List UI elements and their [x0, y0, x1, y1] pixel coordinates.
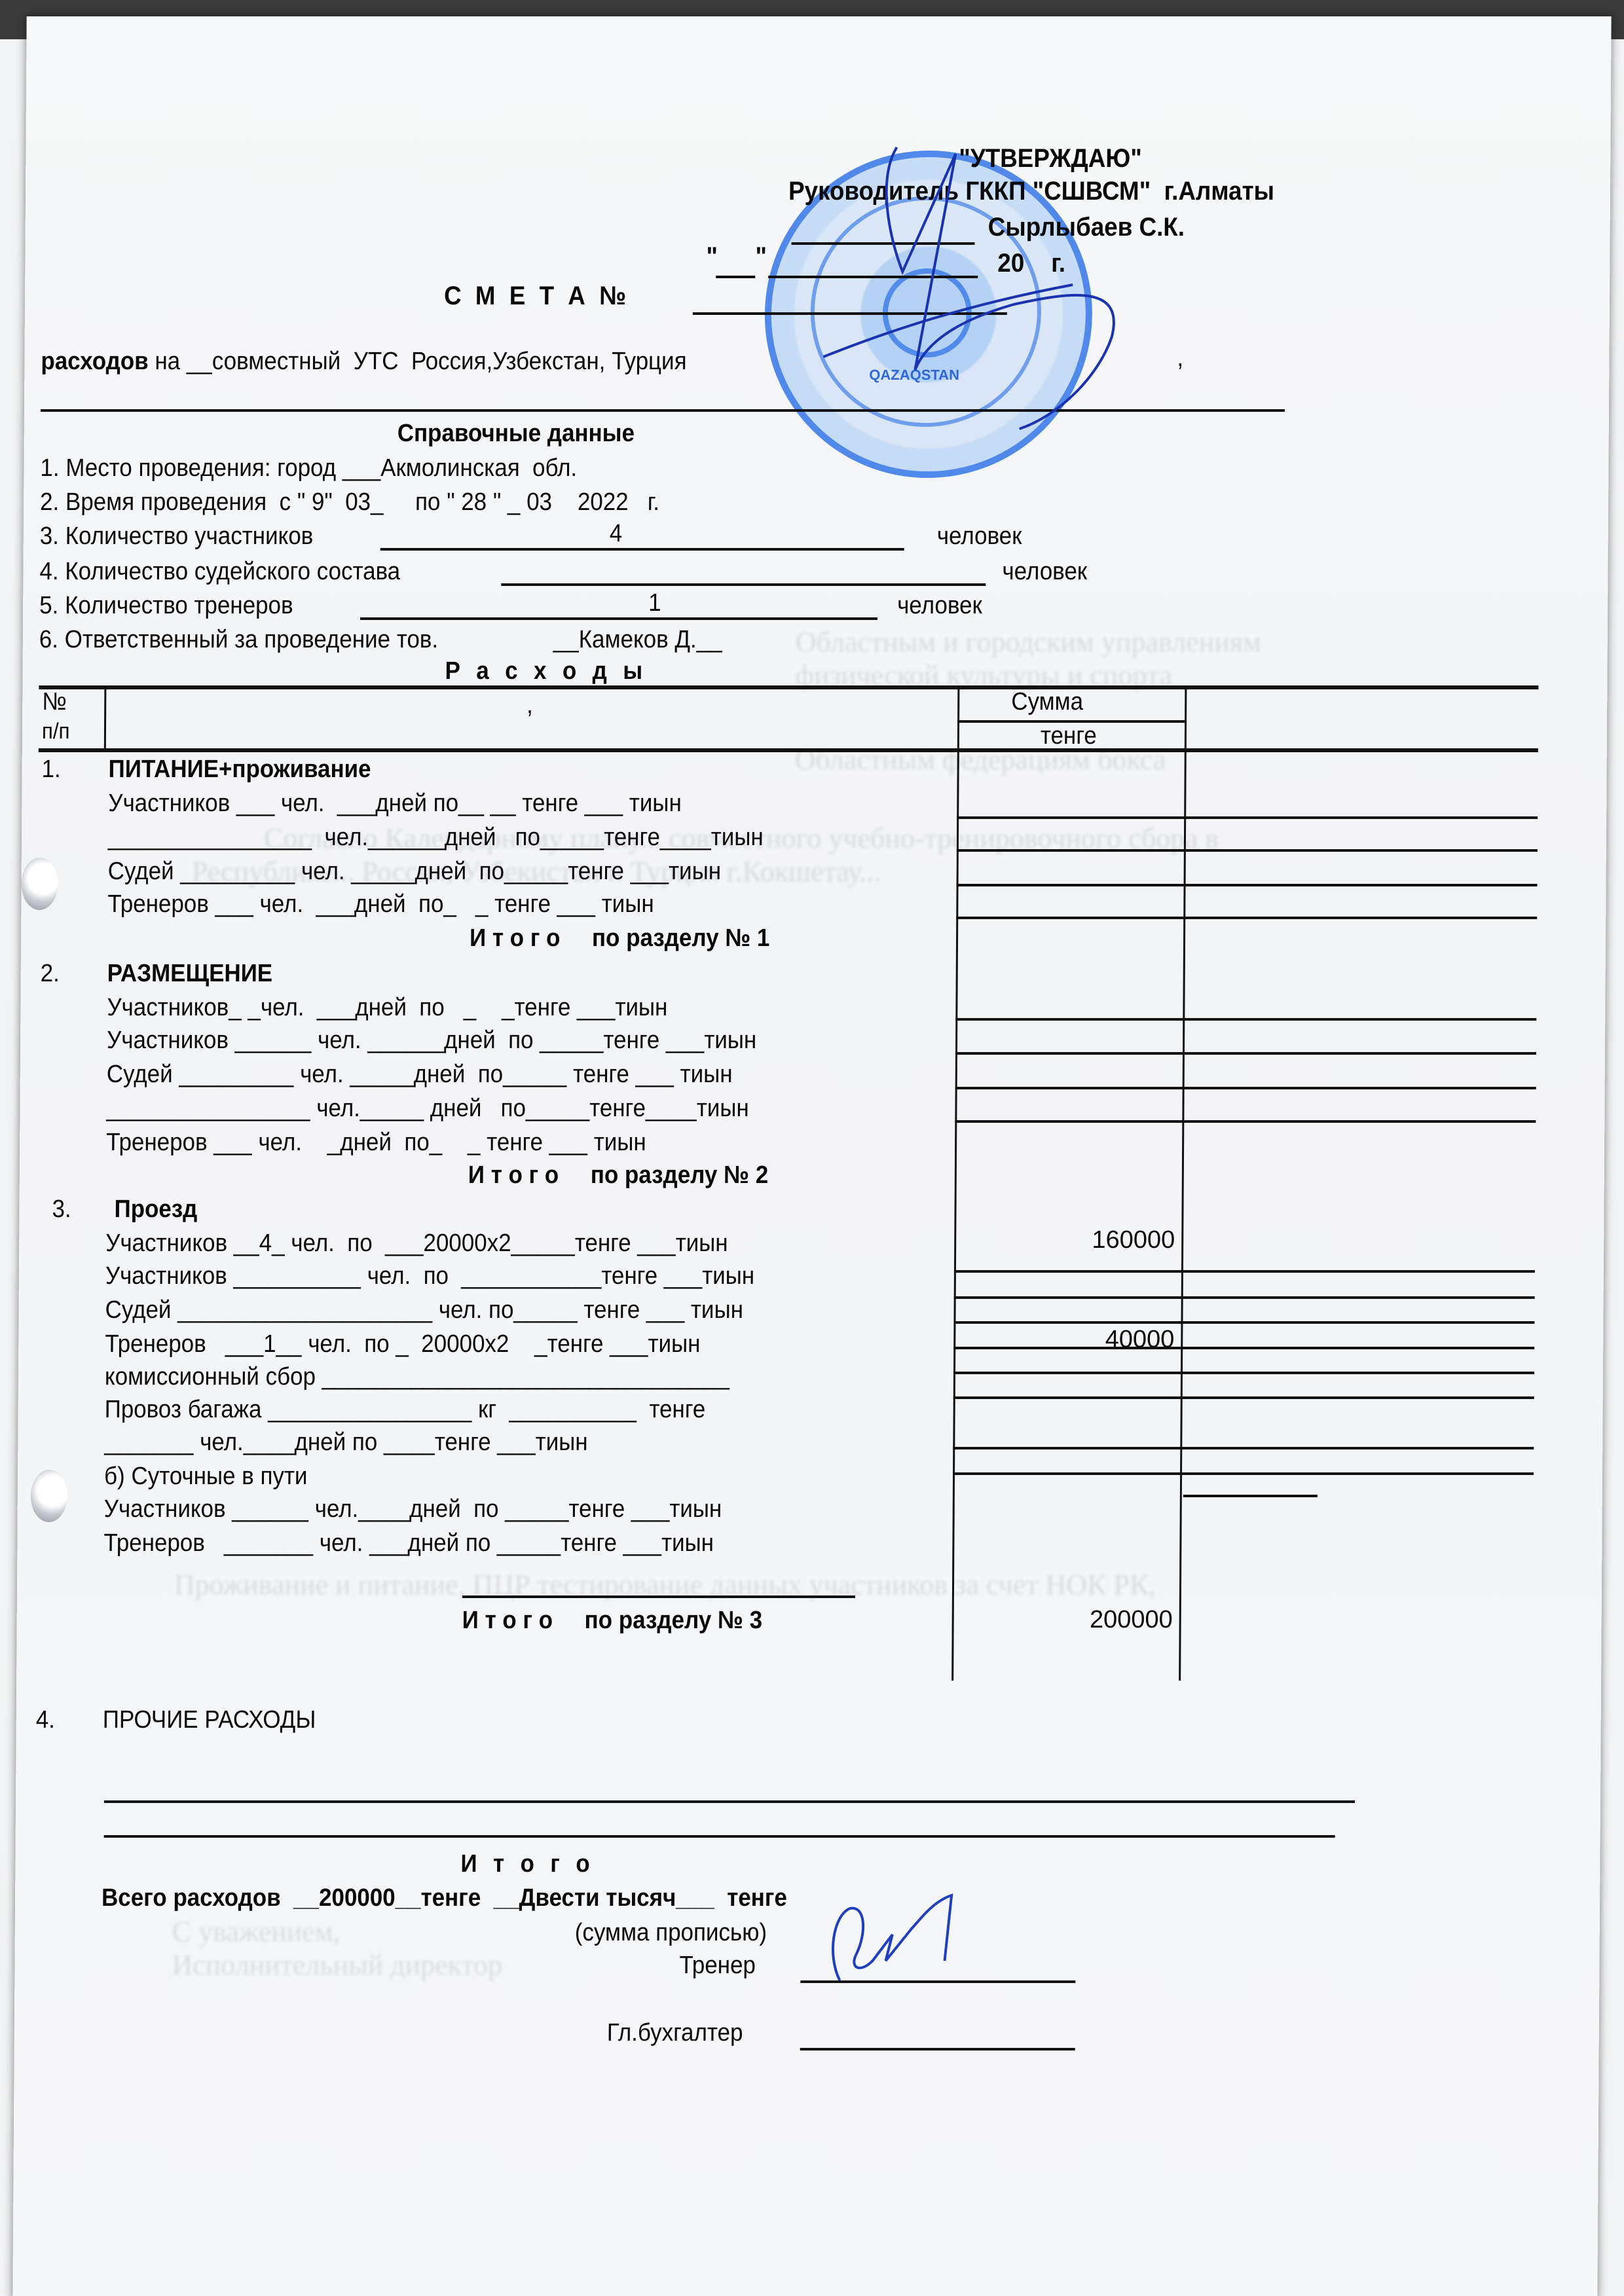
section-2-title: РАЗМЕЩЕНИЕ — [107, 959, 273, 988]
reference-item-place: 1. Место проведения: город ___Акмолинска… — [40, 454, 577, 483]
section-2-line: ________________ чел._____ дней по_____т… — [106, 1094, 749, 1123]
table-top-border — [39, 685, 1538, 689]
section-1-title: ПИТАНИЕ+проживание — [109, 755, 371, 784]
summary-total-line: Всего расходов __200000__тенге __Двести … — [101, 1884, 787, 1912]
section-3-line: комиссионный сбор ______________________… — [105, 1362, 729, 1391]
coaches-value: 1 — [648, 589, 661, 617]
signer-accountant-line — [800, 2048, 1075, 2050]
row-separator — [955, 1120, 1536, 1123]
section-1-total-label: И т о г о по разделу № 1 — [470, 924, 770, 953]
reference-item-coaches-label: 5. Количество тренеров — [39, 591, 293, 620]
section-3-line: Участников ______ чел.____дней по _____т… — [104, 1495, 722, 1523]
section-3-total-rule — [462, 1595, 855, 1598]
coach-signature — [820, 1889, 991, 1994]
comma-mark: , — [1177, 344, 1183, 373]
summary-total-words: __Двести тысяч___ — [494, 1884, 714, 1912]
coaches-unit: человек — [897, 591, 982, 620]
section-1-num: 1. — [42, 755, 61, 784]
section-4-num: 4. — [36, 1705, 55, 1734]
section-1-line: ________________ чел.______дней по_____т… — [108, 823, 764, 852]
summary-heading: И т о г о — [460, 1850, 595, 1878]
section-2-line: Судей _________ чел. _____дней по_____ т… — [107, 1060, 733, 1089]
section-2-line: Тренеров ___ чел. _дней по_ _ тенге ___ … — [106, 1128, 646, 1157]
date-day-line — [716, 276, 755, 278]
other-expenses-line — [104, 1835, 1335, 1838]
section-3-line: Участников __4_ чел. по ___20000x2_____т… — [105, 1229, 728, 1258]
row-separator — [955, 1018, 1536, 1021]
row-separator — [953, 1321, 1534, 1324]
reference-item-dates: 2. Время проведения с " 9" 03_ по " 28 "… — [40, 488, 659, 517]
section-3-num: 3. — [52, 1195, 71, 1224]
table-header-bottom-border — [39, 748, 1538, 752]
row-separator — [956, 917, 1537, 919]
section-3-line: _______ чел.____дней по ____тенге ___тиы… — [104, 1428, 588, 1457]
row-separator — [953, 1447, 1534, 1449]
section-1-line: Тренеров ___ чел. ___дней по_ _ тенге __… — [107, 890, 654, 919]
row-separator — [954, 1270, 1535, 1273]
coaches-line — [360, 617, 877, 620]
row-separator — [955, 1087, 1536, 1089]
num-column-divider — [104, 685, 107, 751]
column-num-header: № — [42, 687, 67, 716]
section-3-amount-participants: 160000 — [959, 1226, 1175, 1254]
row-separator-short — [1183, 1495, 1318, 1497]
column-num-header-sub: п/п — [42, 717, 70, 746]
participants-value: 4 — [610, 519, 623, 548]
section-3-total-amount: 200000 — [957, 1606, 1173, 1634]
section-3-title: Проезд — [114, 1195, 197, 1224]
summary-total-label: Всего расходов — [101, 1884, 281, 1912]
punch-hole — [21, 858, 58, 910]
reference-item-judges-label: 4. Количество судейского состава — [39, 557, 400, 586]
section-3-line: Тренеров ___1__ чел. по _ 20000x2 _тенге… — [105, 1330, 701, 1358]
section-3-line: Тренеров _______ чел. ___дней по _____те… — [103, 1529, 714, 1558]
section-2-line: Участников ______ чел. ______дней по ___… — [107, 1026, 756, 1055]
row-separator — [957, 849, 1538, 852]
row-separator — [957, 816, 1538, 819]
row-separator — [953, 1472, 1534, 1475]
responsible-value: __Камеков Д.__ — [553, 625, 722, 654]
expenses-heading: Р а с х о д ы — [445, 657, 647, 685]
column-sum-header: Сумма — [1011, 687, 1083, 716]
document-page: Областным и городским управлениям физиче… — [12, 16, 1611, 2296]
section-3-total-label: И т о г о по разделу № 3 — [462, 1606, 763, 1635]
document-title: С М Е Т А № — [444, 282, 630, 310]
reference-item-participants-label: 3. Количество участников — [40, 522, 314, 551]
section-3-line: Провоз багажа ________________ кг ______… — [105, 1395, 706, 1424]
section-4-title: ПРОЧИЕ РАСХОДЫ — [103, 1705, 316, 1734]
purpose-text: на __совместный УТС Россия,Узбекстан, Ту… — [155, 348, 686, 375]
purpose-line: расходов на __совместный УТС Россия,Узбе… — [41, 347, 686, 376]
punch-hole — [31, 1470, 67, 1522]
purpose-label: расходов — [41, 348, 149, 375]
reference-item-responsible-label: 6. Ответственный за проведение тов. — [39, 625, 439, 654]
section-3-line: б) Суточные в пути — [104, 1462, 308, 1491]
column-currency-header: тенге — [1041, 721, 1097, 750]
summary-currency: тенге — [727, 1884, 787, 1912]
section-1-line: Судей _________ чел. _____дней по_____те… — [108, 857, 722, 886]
section-2-num: 2. — [41, 959, 60, 988]
row-separator — [954, 1296, 1535, 1299]
section-2-total-label: И т о г о по разделу № 2 — [468, 1161, 769, 1190]
section-2-line: Участников_ _чел. ___дней по _ _тенге __… — [107, 993, 667, 1022]
section-1-line: Участников ___ чел. ___дней по__ __ тенг… — [108, 789, 682, 818]
approver-signature — [797, 141, 1166, 435]
stray-mark: , — [526, 691, 533, 720]
amount-in-words-hint: (сумма прописью) — [575, 1918, 767, 1947]
approval-date-quote: " — [755, 242, 767, 271]
bleed-through-text: Областным и городским управлениям физиче… — [795, 625, 1261, 692]
section-3-line: Участников __________ чел. по __________… — [105, 1262, 755, 1290]
judges-line — [501, 583, 986, 586]
signer-accountant-label: Гл.бухгалтер — [607, 2018, 743, 2047]
summary-total-value: __200000__тенге — [293, 1884, 481, 1912]
approval-date-quote: " — [706, 242, 718, 271]
judges-unit: человек — [1002, 557, 1087, 586]
participants-unit: человек — [937, 522, 1022, 551]
row-separator — [953, 1396, 1534, 1399]
participants-line — [380, 548, 904, 551]
bleed-through-text: С уважением, Исполнительный директор — [172, 1915, 502, 1982]
row-separator — [955, 1052, 1536, 1055]
signer-coach-label: Тренер — [679, 1951, 756, 1980]
row-separator — [957, 884, 1538, 886]
reference-heading: Справочные данные — [397, 419, 635, 448]
section-3-amount-coaches: 40000 — [958, 1326, 1174, 1354]
section-3-line: Судей ____________________ чел. по_____ … — [105, 1296, 743, 1324]
other-expenses-line — [104, 1800, 1355, 1803]
row-separator — [953, 1372, 1534, 1374]
